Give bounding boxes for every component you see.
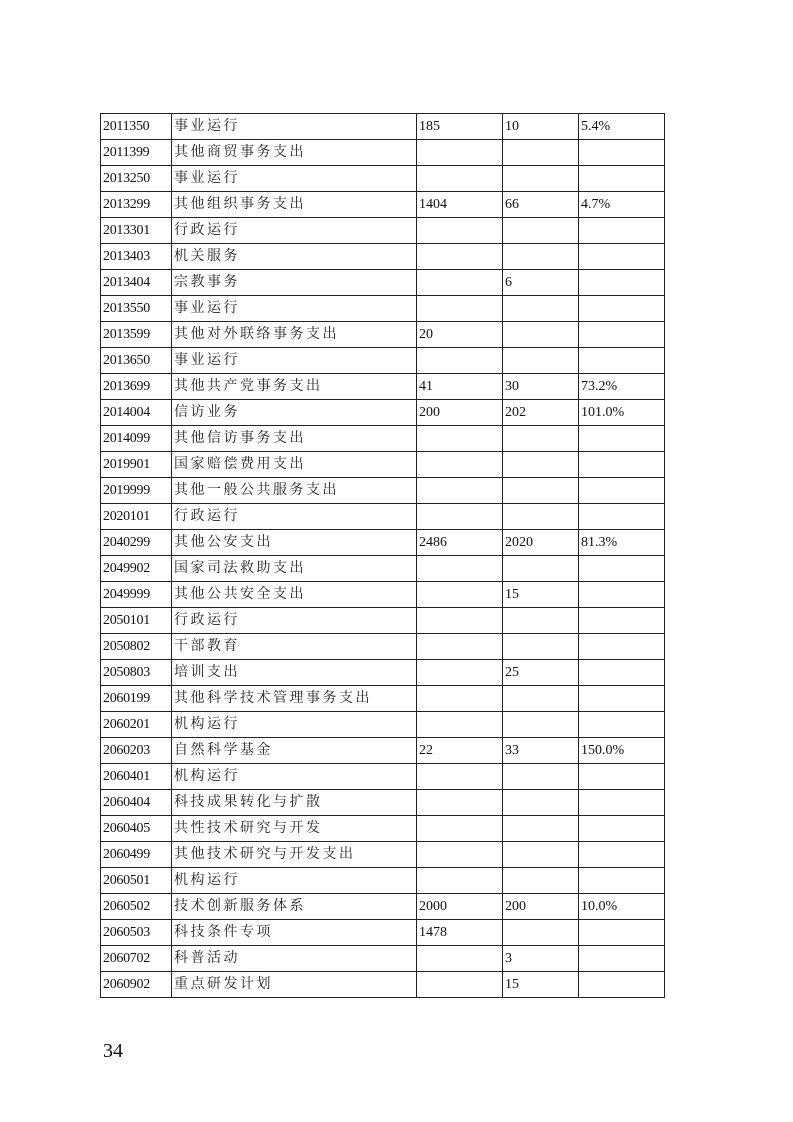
actual-amount-cell [503, 452, 579, 478]
budget-amount-cell [417, 608, 503, 634]
actual-amount-cell [503, 790, 579, 816]
completion-ratio-cell: 10.0% [579, 894, 665, 920]
actual-amount-cell [503, 556, 579, 582]
completion-ratio-cell [579, 322, 665, 348]
subject-code-cell: 2019901 [101, 452, 172, 478]
completion-ratio-cell: 5.4% [579, 114, 665, 140]
subject-name-cell: 干部教育 [172, 634, 417, 660]
actual-amount-cell: 10 [503, 114, 579, 140]
table-row: 2060902重点研发计划15 [101, 972, 665, 998]
completion-ratio-cell [579, 634, 665, 660]
budget-amount-cell [417, 140, 503, 166]
subject-code-cell: 2060902 [101, 972, 172, 998]
subject-code-cell: 2060201 [101, 712, 172, 738]
budget-amount-cell [417, 452, 503, 478]
budget-amount-cell [417, 660, 503, 686]
subject-code-cell: 2060405 [101, 816, 172, 842]
document-page: 2011350事业运行185105.4%2011399其他商贸事务支出20132… [0, 0, 793, 1122]
actual-amount-cell [503, 634, 579, 660]
completion-ratio-cell [579, 608, 665, 634]
budget-amount-cell: 20 [417, 322, 503, 348]
table-row: 2011350事业运行185105.4% [101, 114, 665, 140]
budget-amount-cell: 1478 [417, 920, 503, 946]
actual-amount-cell: 15 [503, 972, 579, 998]
subject-name-cell: 宗教事务 [172, 270, 417, 296]
completion-ratio-cell [579, 842, 665, 868]
table-row: 2060405共性技术研究与开发 [101, 816, 665, 842]
budget-amount-cell [417, 972, 503, 998]
completion-ratio-cell: 73.2% [579, 374, 665, 400]
subject-code-cell: 2060203 [101, 738, 172, 764]
budget-amount-cell [417, 556, 503, 582]
subject-name-cell: 科普活动 [172, 946, 417, 972]
budget-amount-cell [417, 296, 503, 322]
table-row: 2013650事业运行 [101, 348, 665, 374]
subject-code-cell: 2014099 [101, 426, 172, 452]
table-row: 2013403机关服务 [101, 244, 665, 270]
table-row: 2040299其他公安支出2486202081.3% [101, 530, 665, 556]
table-row: 2020101行政运行 [101, 504, 665, 530]
completion-ratio-cell [579, 270, 665, 296]
budget-amount-cell [417, 426, 503, 452]
budget-amount-cell [417, 946, 503, 972]
budget-amount-cell [417, 582, 503, 608]
subject-code-cell: 2013299 [101, 192, 172, 218]
budget-amount-cell [417, 712, 503, 738]
actual-amount-cell [503, 244, 579, 270]
budget-amount-cell [417, 764, 503, 790]
subject-code-cell: 2049902 [101, 556, 172, 582]
subject-name-cell: 机构运行 [172, 712, 417, 738]
subject-name-cell: 重点研发计划 [172, 972, 417, 998]
table-row: 2049999其他公共安全支出15 [101, 582, 665, 608]
budget-amount-cell: 22 [417, 738, 503, 764]
actual-amount-cell [503, 764, 579, 790]
actual-amount-cell [503, 426, 579, 452]
subject-code-cell: 2019999 [101, 478, 172, 504]
budget-amount-cell: 1404 [417, 192, 503, 218]
subject-code-cell: 2011350 [101, 114, 172, 140]
completion-ratio-cell [579, 244, 665, 270]
actual-amount-cell [503, 296, 579, 322]
actual-amount-cell [503, 868, 579, 894]
budget-amount-cell [417, 790, 503, 816]
subject-code-cell: 2014004 [101, 400, 172, 426]
budget-amount-cell [417, 868, 503, 894]
actual-amount-cell: 33 [503, 738, 579, 764]
actual-amount-cell [503, 140, 579, 166]
table-row: 2013404宗教事务6 [101, 270, 665, 296]
table-row: 2019901国家赔偿费用支出 [101, 452, 665, 478]
table-row: 2014004信访业务200202101.0% [101, 400, 665, 426]
completion-ratio-cell [579, 166, 665, 192]
subject-code-cell: 2013650 [101, 348, 172, 374]
subject-name-cell: 事业运行 [172, 348, 417, 374]
completion-ratio-cell [579, 712, 665, 738]
completion-ratio-cell [579, 426, 665, 452]
table-row: 2060501机构运行 [101, 868, 665, 894]
completion-ratio-cell [579, 478, 665, 504]
completion-ratio-cell [579, 920, 665, 946]
actual-amount-cell [503, 608, 579, 634]
completion-ratio-cell [579, 868, 665, 894]
subject-code-cell: 2013250 [101, 166, 172, 192]
subject-name-cell: 其他公安支出 [172, 530, 417, 556]
completion-ratio-cell [579, 348, 665, 374]
subject-name-cell: 信访业务 [172, 400, 417, 426]
subject-code-cell: 2013404 [101, 270, 172, 296]
subject-code-cell: 2013301 [101, 218, 172, 244]
subject-code-cell: 2050101 [101, 608, 172, 634]
subject-name-cell: 行政运行 [172, 504, 417, 530]
subject-name-cell: 其他组织事务支出 [172, 192, 417, 218]
budget-amount-cell [417, 686, 503, 712]
table-row: 2060203自然科学基金2233150.0% [101, 738, 665, 764]
actual-amount-cell: 202 [503, 400, 579, 426]
completion-ratio-cell [579, 972, 665, 998]
table-row: 2049902国家司法救助支出 [101, 556, 665, 582]
subject-name-cell: 事业运行 [172, 296, 417, 322]
subject-name-cell: 机构运行 [172, 868, 417, 894]
subject-code-cell: 2050802 [101, 634, 172, 660]
actual-amount-cell [503, 478, 579, 504]
table-row: 2060702科普活动3 [101, 946, 665, 972]
completion-ratio-cell [579, 764, 665, 790]
budget-amount-cell [417, 218, 503, 244]
completion-ratio-cell [579, 790, 665, 816]
budget-amount-cell: 200 [417, 400, 503, 426]
budget-amount-cell [417, 842, 503, 868]
subject-name-cell: 其他科学技术管理事务支出 [172, 686, 417, 712]
completion-ratio-cell: 150.0% [579, 738, 665, 764]
completion-ratio-cell [579, 816, 665, 842]
actual-amount-cell: 15 [503, 582, 579, 608]
subject-name-cell: 培训支出 [172, 660, 417, 686]
completion-ratio-cell [579, 660, 665, 686]
budget-amount-cell: 2486 [417, 530, 503, 556]
budget-amount-cell [417, 348, 503, 374]
table-row: 2060199其他科学技术管理事务支出 [101, 686, 665, 712]
table-body: 2011350事业运行185105.4%2011399其他商贸事务支出20132… [101, 114, 665, 998]
subject-code-cell: 2011399 [101, 140, 172, 166]
completion-ratio-cell: 81.3% [579, 530, 665, 556]
subject-name-cell: 自然科学基金 [172, 738, 417, 764]
subject-code-cell: 2060499 [101, 842, 172, 868]
actual-amount-cell [503, 166, 579, 192]
actual-amount-cell: 2020 [503, 530, 579, 556]
subject-name-cell: 事业运行 [172, 166, 417, 192]
actual-amount-cell [503, 218, 579, 244]
subject-code-cell: 2040299 [101, 530, 172, 556]
table-row: 2060401机构运行 [101, 764, 665, 790]
subject-name-cell: 其他商贸事务支出 [172, 140, 417, 166]
completion-ratio-cell [579, 140, 665, 166]
subject-name-cell: 其他技术研究与开发支出 [172, 842, 417, 868]
subject-name-cell: 机构运行 [172, 764, 417, 790]
subject-code-cell: 2013699 [101, 374, 172, 400]
subject-code-cell: 2013599 [101, 322, 172, 348]
completion-ratio-cell [579, 686, 665, 712]
actual-amount-cell [503, 504, 579, 530]
subject-code-cell: 2060503 [101, 920, 172, 946]
page-number: 34 [103, 1040, 123, 1063]
completion-ratio-cell: 4.7% [579, 192, 665, 218]
actual-amount-cell: 3 [503, 946, 579, 972]
table-row: 2013299其他组织事务支出1404664.7% [101, 192, 665, 218]
table-row: 2050101行政运行 [101, 608, 665, 634]
table-row: 2013599其他对外联络事务支出20 [101, 322, 665, 348]
budget-amount-cell [417, 244, 503, 270]
budget-amount-cell [417, 270, 503, 296]
table-row: 2060201机构运行 [101, 712, 665, 738]
table-row: 2019999其他一般公共服务支出 [101, 478, 665, 504]
table-row: 2014099其他信访事务支出 [101, 426, 665, 452]
table-row: 2013550事业运行 [101, 296, 665, 322]
actual-amount-cell [503, 348, 579, 374]
actual-amount-cell [503, 322, 579, 348]
subject-code-cell: 2013550 [101, 296, 172, 322]
subject-name-cell: 其他对外联络事务支出 [172, 322, 417, 348]
actual-amount-cell: 200 [503, 894, 579, 920]
budget-amount-cell [417, 166, 503, 192]
subject-name-cell: 国家司法救助支出 [172, 556, 417, 582]
completion-ratio-cell: 101.0% [579, 400, 665, 426]
subject-name-cell: 技术创新服务体系 [172, 894, 417, 920]
actual-amount-cell [503, 842, 579, 868]
subject-name-cell: 其他共产党事务支出 [172, 374, 417, 400]
actual-amount-cell: 25 [503, 660, 579, 686]
budget-amount-cell: 185 [417, 114, 503, 140]
completion-ratio-cell [579, 452, 665, 478]
actual-amount-cell: 30 [503, 374, 579, 400]
subject-name-cell: 其他一般公共服务支出 [172, 478, 417, 504]
actual-amount-cell [503, 920, 579, 946]
actual-amount-cell [503, 712, 579, 738]
budget-amount-cell [417, 504, 503, 530]
subject-code-cell: 2060501 [101, 868, 172, 894]
budget-amount-cell: 41 [417, 374, 503, 400]
subject-code-cell: 2020101 [101, 504, 172, 530]
subject-code-cell: 2060702 [101, 946, 172, 972]
subject-name-cell: 其他公共安全支出 [172, 582, 417, 608]
completion-ratio-cell [579, 296, 665, 322]
subject-name-cell: 国家赔偿费用支出 [172, 452, 417, 478]
budget-expenditure-table: 2011350事业运行185105.4%2011399其他商贸事务支出20132… [100, 113, 665, 998]
completion-ratio-cell [579, 218, 665, 244]
subject-code-cell: 2060502 [101, 894, 172, 920]
subject-code-cell: 2013403 [101, 244, 172, 270]
actual-amount-cell [503, 816, 579, 842]
table-row: 2013699其他共产党事务支出413073.2% [101, 374, 665, 400]
table-row: 2060503科技条件专项1478 [101, 920, 665, 946]
subject-name-cell: 科技成果转化与扩散 [172, 790, 417, 816]
subject-code-cell: 2060199 [101, 686, 172, 712]
table-row: 2060502技术创新服务体系200020010.0% [101, 894, 665, 920]
table-row: 2013250事业运行 [101, 166, 665, 192]
actual-amount-cell: 66 [503, 192, 579, 218]
subject-name-cell: 科技条件专项 [172, 920, 417, 946]
subject-name-cell: 其他信访事务支出 [172, 426, 417, 452]
table-row: 2060499其他技术研究与开发支出 [101, 842, 665, 868]
subject-code-cell: 2060401 [101, 764, 172, 790]
completion-ratio-cell [579, 504, 665, 530]
table-row: 2013301行政运行 [101, 218, 665, 244]
budget-amount-cell [417, 816, 503, 842]
subject-name-cell: 共性技术研究与开发 [172, 816, 417, 842]
subject-code-cell: 2050803 [101, 660, 172, 686]
subject-name-cell: 行政运行 [172, 218, 417, 244]
subject-code-cell: 2049999 [101, 582, 172, 608]
table-row: 2011399其他商贸事务支出 [101, 140, 665, 166]
table-row: 2060404科技成果转化与扩散 [101, 790, 665, 816]
subject-code-cell: 2060404 [101, 790, 172, 816]
completion-ratio-cell [579, 582, 665, 608]
actual-amount-cell: 6 [503, 270, 579, 296]
completion-ratio-cell [579, 556, 665, 582]
completion-ratio-cell [579, 946, 665, 972]
budget-amount-cell [417, 634, 503, 660]
subject-name-cell: 事业运行 [172, 114, 417, 140]
subject-name-cell: 机关服务 [172, 244, 417, 270]
budget-amount-cell: 2000 [417, 894, 503, 920]
table-row: 2050803培训支出25 [101, 660, 665, 686]
budget-amount-cell [417, 478, 503, 504]
actual-amount-cell [503, 686, 579, 712]
table-row: 2050802干部教育 [101, 634, 665, 660]
subject-name-cell: 行政运行 [172, 608, 417, 634]
